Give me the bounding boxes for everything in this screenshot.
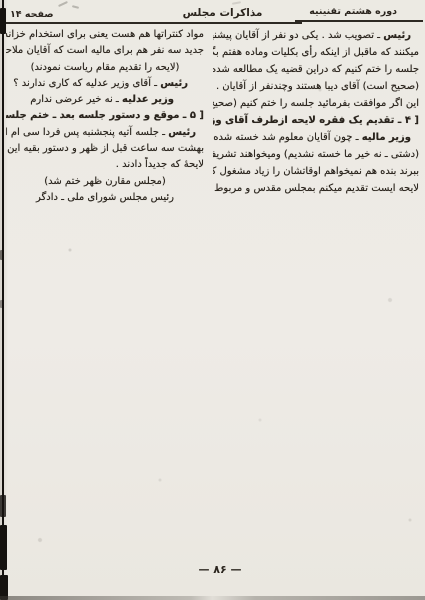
header-rule-right xyxy=(295,20,423,22)
pencil-mark xyxy=(58,1,68,7)
ink-blot xyxy=(0,250,4,260)
footer-page-number: — ۸۶ — xyxy=(0,563,425,576)
line-text: رئیس مجلس شورای ملی ـ دادگر xyxy=(36,192,174,203)
header-page-label: صفحه ۱۴ xyxy=(10,9,54,20)
line-text: ـ نه خیر عرضی ندارم xyxy=(30,94,122,105)
text-line: بهشت سه ساعت قبل از ظهر و دستور بقیه این… xyxy=(6,141,204,157)
text-line: رئیس ـ تصویب شد . یکی دو نفر از آقایان پ… xyxy=(213,27,419,44)
text-line: لایحهٔ که جدیداً دادند . xyxy=(6,157,204,173)
line-text: [ ۴ ـ تقدیم یک فقره لایحه ازطرف آقای وزی… xyxy=(213,115,419,126)
ink-blot xyxy=(0,495,6,517)
header-title: مذاکرات مجلس xyxy=(150,7,295,19)
speaker-name: رئیس xyxy=(168,127,196,138)
scan-edge-smudge xyxy=(0,596,425,600)
line-text: لایحهٔ که جدیداً دادند . xyxy=(116,159,204,170)
line-text: ـ تصویب شد . یکی دو نفر از آقایان پیشنها… xyxy=(213,30,383,41)
line-text: (مجلس مقارن ظهر ختم شد) xyxy=(44,176,166,187)
text-line: ببرند بنده هم نمیخواهم اوقاتشان را زیاد … xyxy=(213,163,419,180)
line-text: (لایحه را تقدیم مقام ریاست نمودند) xyxy=(31,62,180,73)
speaker-name: رئیس xyxy=(383,30,411,41)
line-text: (دشتی ـ نه خیر ما خسته نشدیم) ومیخواهند … xyxy=(213,149,419,160)
line-text: این اگر موافقت بفرمائید جلسه را ختم کنیم… xyxy=(213,98,419,109)
text-columns: رئیس ـ تصویب شد . یکی دو نفر از آقایان پ… xyxy=(6,27,419,206)
line-text: (صحیح است) آقای دیبا هستند وچندنفر از آق… xyxy=(213,81,419,92)
text-line: وزیر عدلیه ـ نه خیر عرضی ندارم xyxy=(6,92,204,108)
text-line: (صحیح است) آقای دیبا هستند وچندنفر از آق… xyxy=(213,78,419,95)
text-line: رئیس ـ جلسه آتیه پنجشنبه پس فردا سی ام ا… xyxy=(6,125,204,141)
line-text: بهشت سه ساعت قبل از ظهر و دستور بقیه این… xyxy=(6,143,204,154)
header-session-label: دوره هشتم تقنینیه xyxy=(309,6,397,17)
section-heading: [ ۵ ـ موقع و دستور جلسه بعد ـ ختم جلسه ] xyxy=(6,108,204,124)
line-text: ـ آقای وزیر عدلیه که کاری ندارند ؟ xyxy=(13,78,160,89)
line-text: لایحه ایست تقدیم میکنم بمجلس مقدس و مربو… xyxy=(213,183,419,194)
stage-direction: (لایحه را تقدیم مقام ریاست نمودند) xyxy=(6,60,204,76)
text-line: میکنند که ماقبل از اینکه رأی بکلیات وماد… xyxy=(213,44,419,61)
ink-blot xyxy=(0,300,4,308)
stage-direction: (مجلس مقارن ظهر ختم شد) xyxy=(6,174,204,190)
line-text: مواد کنتراتها هم هست یعنی برای استخدام خ… xyxy=(6,29,204,40)
text-line: جدید سه نفر هم برای مالیه است که آقایان … xyxy=(6,43,204,59)
text-line: جلسه را ختم کنیم که دراین قضیه یک مطالعه… xyxy=(213,61,419,78)
section-heading: [ ۴ ـ تقدیم یک فقره لایحه ازطرف آقای وزی… xyxy=(213,112,419,129)
column-right: رئیس ـ تصویب شد . یکی دو نفر از آقایان پ… xyxy=(213,27,419,206)
line-text: جلسه را ختم کنیم که دراین قضیه یک مطالعه… xyxy=(213,64,419,75)
line-text: میکنند که ماقبل از اینکه رأی بکلیات وماد… xyxy=(213,47,419,58)
pencil-mark xyxy=(72,5,79,9)
line-text: ببرند بنده هم نمیخواهم اوقاتشان را زیاد … xyxy=(213,166,419,177)
line-text: جدید سه نفر هم برای مالیه است که آقایان … xyxy=(6,45,204,56)
line-text: ـ چون آقایان معلوم شد خسته شده‌اند xyxy=(213,132,362,143)
header-rule xyxy=(6,22,302,24)
speaker-name: رئیس xyxy=(160,78,188,89)
speaker-name: وزیر عدلیه xyxy=(122,94,174,105)
pencil-mark xyxy=(232,1,241,5)
column-left: مواد کنتراتها هم هست یعنی برای استخدام خ… xyxy=(6,27,204,206)
signature-line: رئیس مجلس شورای ملی ـ دادگر xyxy=(6,190,204,206)
line-text: [ ۵ ـ موقع و دستور جلسه بعد ـ ختم جلسه ] xyxy=(6,110,204,121)
scanned-page: دوره هشتم تقنینیه مذاکرات مجلس صفحه ۱۴ ر… xyxy=(0,0,425,600)
text-line: این اگر موافقت بفرمائید جلسه را ختم کنیم… xyxy=(213,95,419,112)
text-line: لایحه ایست تقدیم میکنم بمجلس مقدس و مربو… xyxy=(213,180,419,197)
text-line: رئیس ـ آقای وزیر عدلیه که کاری ندارند ؟ xyxy=(6,76,204,92)
speaker-name: وزیر مالیه xyxy=(362,132,411,143)
text-line: وزیر مالیه ـ چون آقایان معلوم شد خسته شد… xyxy=(213,129,419,146)
text-line: مواد کنتراتها هم هست یعنی برای استخدام خ… xyxy=(6,27,204,43)
line-text: ـ جلسه آتیه پنجشنبه پس فردا سی ام اردی xyxy=(6,127,168,138)
text-line: (دشتی ـ نه خیر ما خسته نشدیم) ومیخواهند … xyxy=(213,146,419,163)
